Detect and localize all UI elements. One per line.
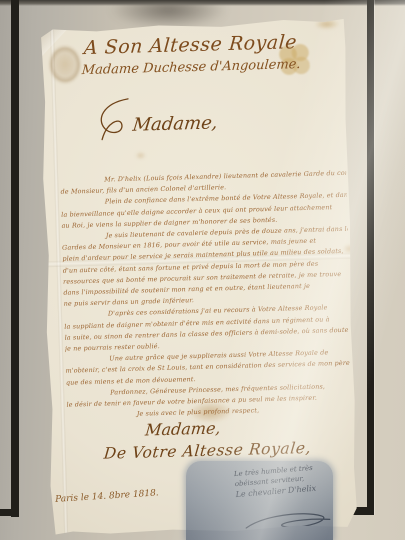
- frame-fillet-bottom-left: [0, 509, 16, 516]
- framed-letter-photo: A Son Altesse Royale Madame Duchesse d'A…: [0, 0, 405, 540]
- phone-shadow-overlay: [186, 461, 333, 540]
- letter-paper: A Son Altesse Royale Madame Duchesse d'A…: [34, 17, 360, 538]
- frame-top-edge: [0, 0, 405, 6]
- closing-line1: Madame,: [144, 418, 221, 439]
- salutation-flourish: [92, 95, 135, 144]
- dateline: Paris le 14. 8bre 1818.: [55, 488, 159, 504]
- salutation: Madame,: [132, 112, 219, 135]
- closing-line2: De Votre Altesse Royale,: [103, 439, 312, 463]
- frame-fillet-right: [367, 0, 374, 515]
- foxing-stain: [133, 150, 147, 160]
- letter-body: Mr. D'helix (Louis fçois Alexandre) lieu…: [60, 168, 353, 422]
- frame-fillet-left: [11, 0, 19, 517]
